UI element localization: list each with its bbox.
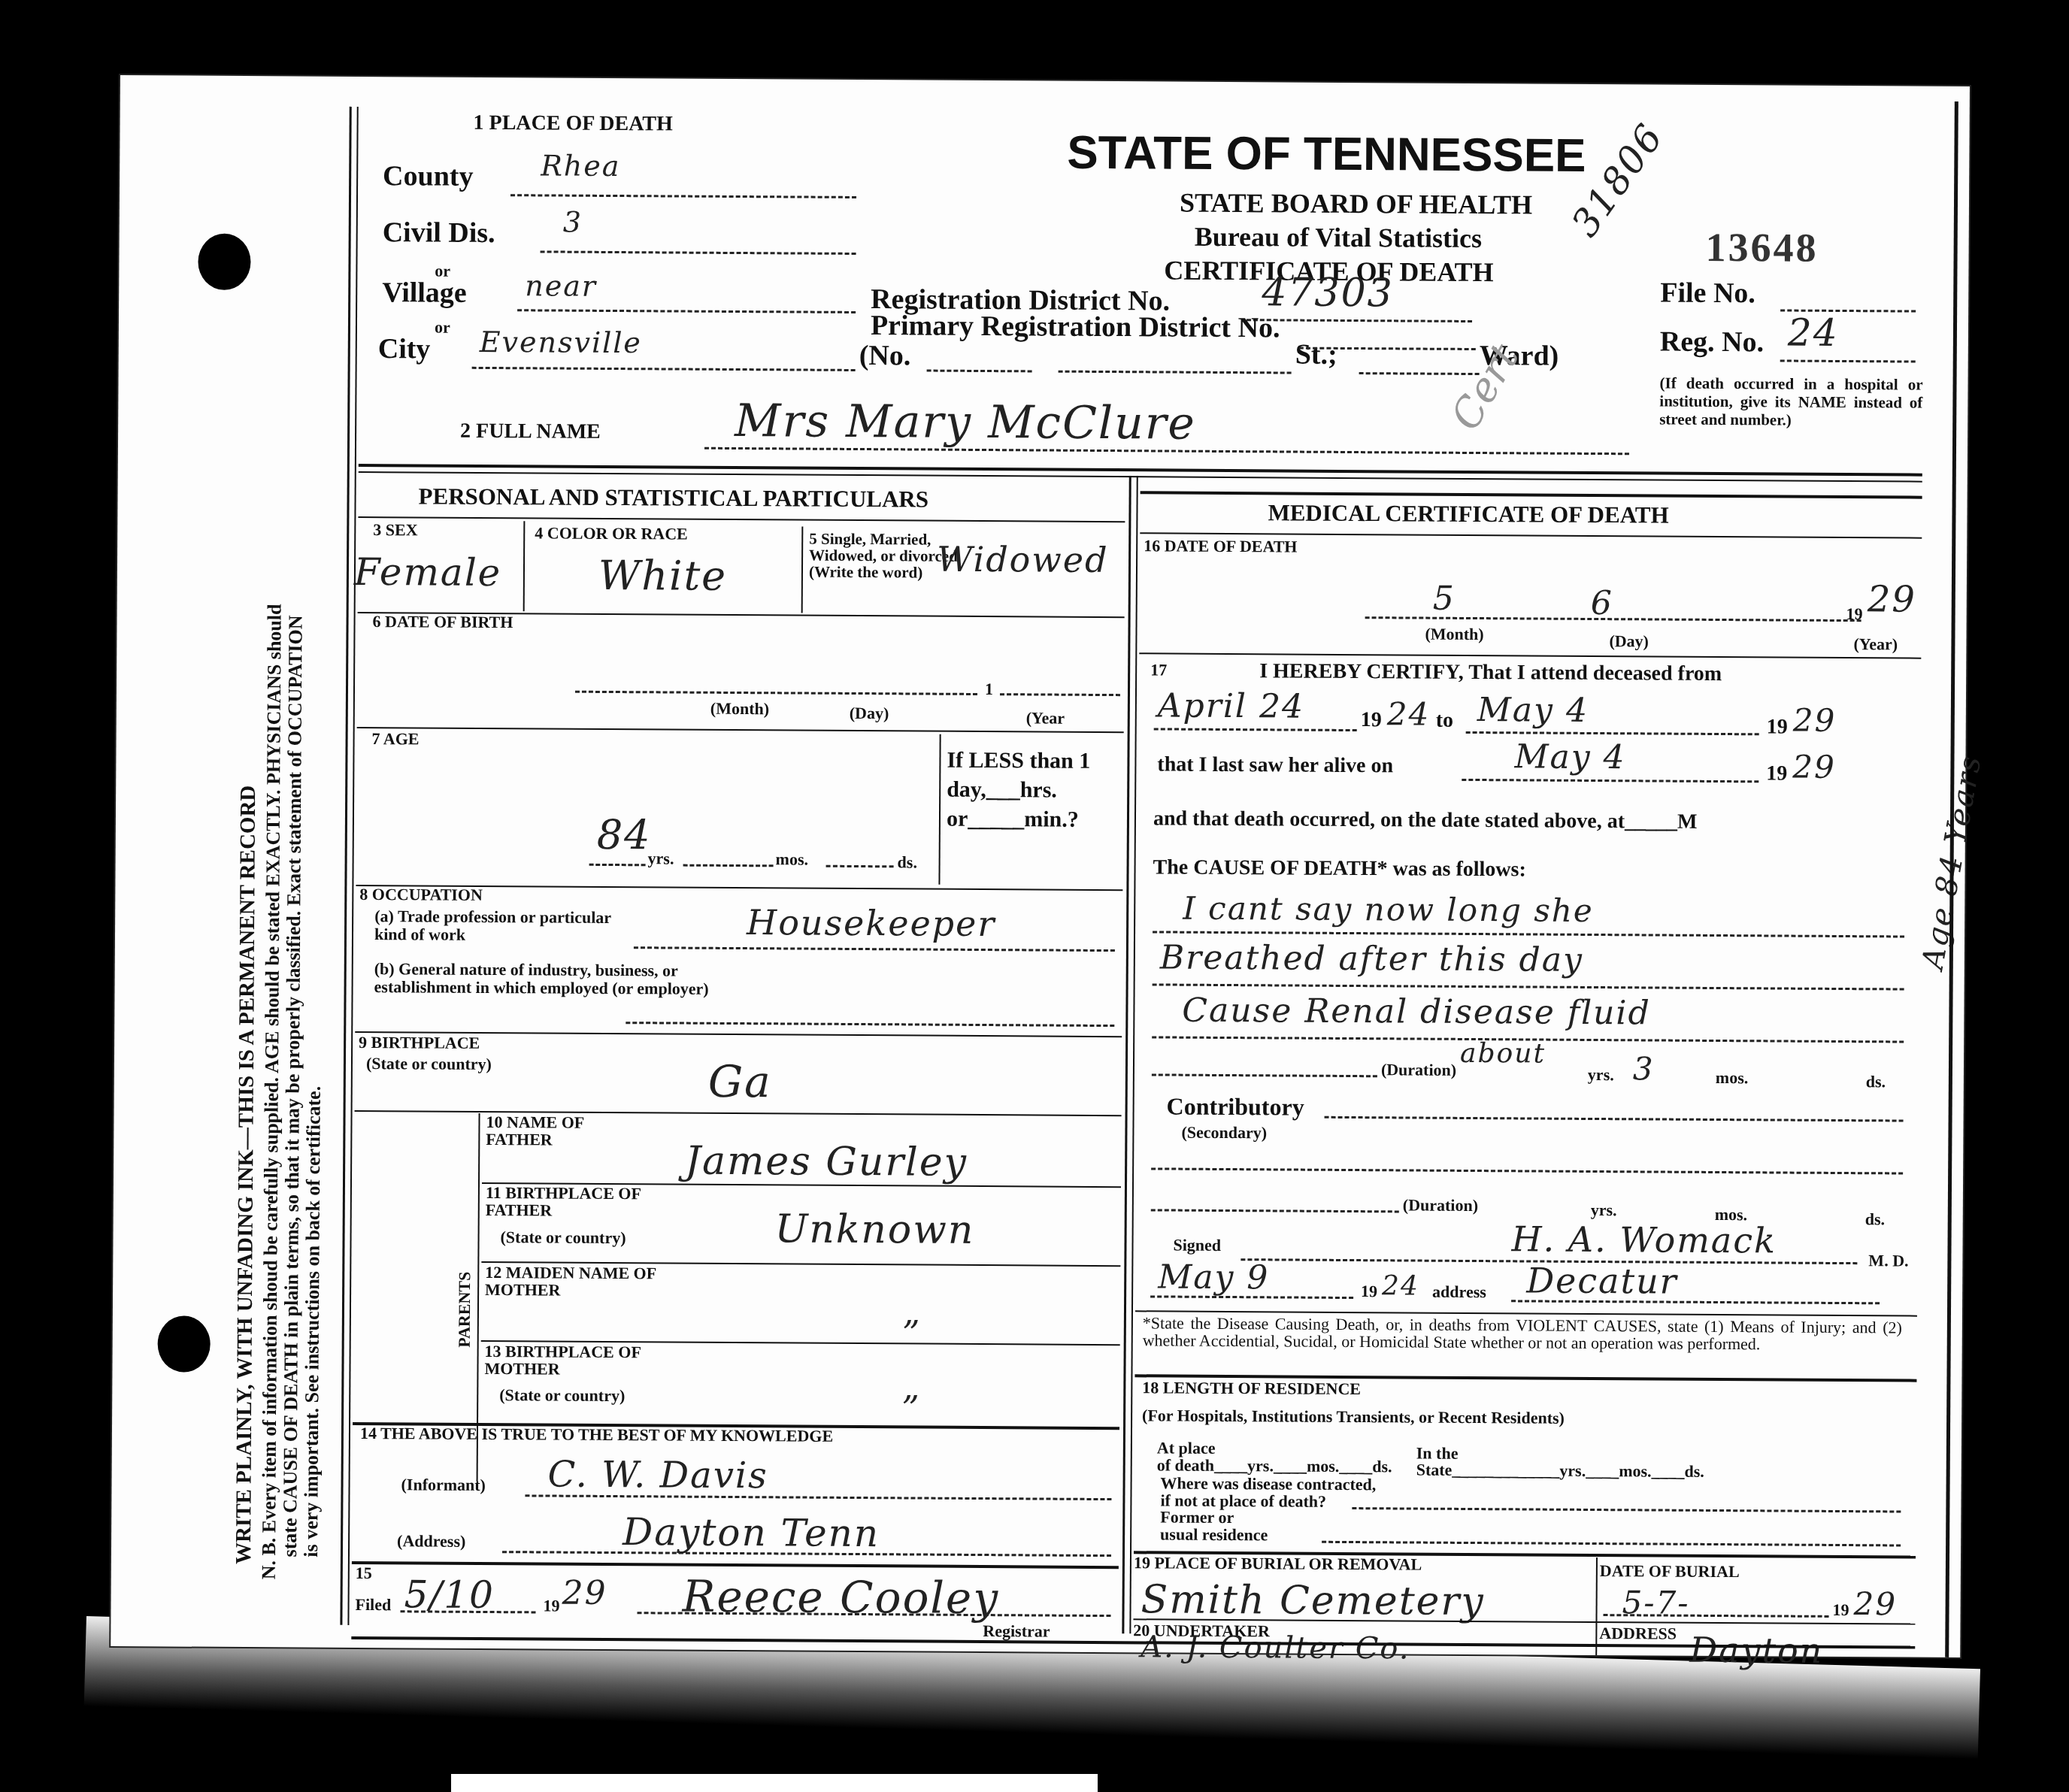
- burial-place-value[interactable]: Smith Cemetery: [1141, 1577, 1484, 1624]
- physician-signature[interactable]: H. A. Womack: [1511, 1218, 1777, 1261]
- death-day-value[interactable]: 6: [1591, 584, 1613, 622]
- burial-date-label: DATE OF BURIAL: [1600, 1561, 1740, 1582]
- punch-hole-bottom: [157, 1315, 210, 1372]
- civil-dis-value[interactable]: 3: [563, 206, 583, 239]
- dob-line: [575, 691, 977, 695]
- occupation-a-label: (a) Trade profession or particular kind …: [374, 907, 630, 945]
- cause-footnote: *State the Disease Causing Death, or, in…: [1143, 1314, 1902, 1353]
- cell-divider: [523, 521, 526, 611]
- mother-birthplace-value[interactable]: ”: [901, 1388, 921, 1428]
- cause-line-2-value[interactable]: Breathed after this day: [1160, 938, 1583, 979]
- full-name-label: 2 FULL NAME: [460, 419, 601, 444]
- death-month-value[interactable]: 5: [1433, 580, 1456, 618]
- marital-value[interactable]: Widowed: [937, 539, 1109, 580]
- county-value[interactable]: Rhea: [541, 149, 621, 183]
- secondary-label: (Secondary): [1181, 1123, 1267, 1143]
- informant-address-label: (Address): [397, 1531, 465, 1551]
- county-label: County: [383, 159, 474, 193]
- signed-label: Signed: [1173, 1236, 1221, 1255]
- occupation-b-label: (b) General nature of industry, business…: [374, 960, 720, 998]
- informant-statement: 14 THE ABOVE IS TRUE TO THE BEST OF MY K…: [360, 1424, 833, 1446]
- duration-months-value[interactable]: 3: [1633, 1050, 1655, 1087]
- duration-note[interactable]: about: [1460, 1038, 1546, 1070]
- last-saw-year-prefix: 19: [1766, 761, 1787, 786]
- stamp-number: 13648: [1705, 224, 1818, 271]
- cause-line-3-value[interactable]: Cause Renal disease fluid: [1182, 991, 1651, 1033]
- last-saw-year[interactable]: 29: [1792, 749, 1836, 786]
- birthplace-label: 9 BIRTHPLACE: [359, 1033, 480, 1053]
- registration-district-value[interactable]: 47303: [1262, 270, 1394, 316]
- civil-dis-label: Civil Dis.: [383, 216, 495, 250]
- scan-strip: [451, 1774, 1098, 1792]
- hospital-note: (If death occurred in a hospital or inst…: [1659, 374, 1922, 431]
- personal-section-title: PERSONAL AND STATISTICAL PARTICULARS: [418, 483, 928, 513]
- date-of-death-label: 16 DATE OF DEATH: [1144, 536, 1297, 556]
- year-caption: (Year): [1853, 634, 1898, 654]
- undertaker-address-value[interactable]: Dayton: [1689, 1630, 1823, 1671]
- attend-from-year[interactable]: 24: [1387, 695, 1431, 732]
- divider: [1141, 491, 1922, 498]
- signed-year-value[interactable]: 24: [1382, 1270, 1419, 1301]
- city-value[interactable]: Evensville: [480, 325, 642, 359]
- ward-line: [1359, 372, 1480, 375]
- duration-line: [1152, 1073, 1377, 1077]
- cause-line-2: [1153, 983, 1904, 990]
- cause-line-1-value[interactable]: I cant say now long she: [1183, 890, 1594, 929]
- residence-usual: usual residence: [1160, 1524, 1268, 1545]
- race-value[interactable]: White: [598, 552, 728, 600]
- parents-label: PARENTS: [455, 1272, 475, 1348]
- board-title: STATE BOARD OF HEALTH: [1180, 187, 1532, 221]
- father-birthplace-sub: (State or country): [500, 1227, 626, 1248]
- less-than-day-label: If LESS than 1 day,___hrs. or_____min.?: [947, 746, 1120, 834]
- cell-divider: [1595, 1557, 1598, 1655]
- signed-address-label: address: [1432, 1282, 1486, 1302]
- attend-from-year-prefix: 19: [1361, 708, 1382, 732]
- attend-from-value[interactable]: April 24: [1158, 686, 1304, 725]
- filed-year-value[interactable]: 29: [562, 1574, 607, 1612]
- signed-year-prefix: 19: [1361, 1282, 1377, 1301]
- village-value[interactable]: near: [525, 269, 597, 303]
- divider: [357, 727, 1124, 733]
- death-year-prefix: 19: [1846, 604, 1863, 624]
- residence-state: State_____________yrs.____mos.____ds.: [1416, 1461, 1704, 1482]
- ds-caption: ds.: [898, 852, 917, 872]
- last-saw-text: that I last saw her alive on: [1157, 752, 1393, 778]
- column-divider-inner: [1129, 476, 1137, 1633]
- informant-value[interactable]: C. W. Davis: [547, 1454, 768, 1497]
- informant-address-value[interactable]: Dayton Tenn: [623, 1510, 880, 1555]
- father-birthplace-label: 11 BIRTHPLACE OF FATHER: [486, 1184, 651, 1220]
- last-saw-line: [1462, 779, 1758, 782]
- margin-instruction-4: is very important. See instructions on b…: [300, 1086, 326, 1557]
- age-years-value[interactable]: 84: [597, 811, 652, 858]
- age-days-line: [826, 865, 894, 868]
- attend-to-year[interactable]: 29: [1793, 702, 1837, 739]
- residence-sub: (For Hospitals, Institutions Transients,…: [1142, 1406, 1565, 1427]
- sex-label: 3 SEX: [373, 520, 417, 540]
- cause-line-1: [1153, 931, 1904, 937]
- file-no-label: File No.: [1660, 277, 1755, 310]
- reg-no-value[interactable]: 24: [1788, 311, 1839, 355]
- cell-divider: [801, 527, 804, 613]
- dob-label: 6 DATE OF BIRTH: [372, 612, 513, 632]
- primary-district-label: Primary Registration District No.: [871, 309, 1280, 344]
- race-label: 4 COLOR OR RACE: [535, 523, 688, 543]
- father-name-label: 10 NAME OF FATHER: [486, 1113, 621, 1149]
- city-line: [472, 367, 856, 371]
- medical-section-title: MEDICAL CERTIFICATE OF DEATH: [1268, 499, 1668, 528]
- item-15-label: 15: [356, 1563, 372, 1583]
- age-label: 7 AGE: [372, 729, 420, 749]
- mother-name-label: 12 MAIDEN NAME OF MOTHER: [485, 1264, 665, 1300]
- or-text: or: [435, 318, 450, 338]
- contributory-label: Contributory: [1167, 1093, 1304, 1122]
- secondary-duration-label: (Duration): [1403, 1195, 1478, 1215]
- to-label: to: [1436, 709, 1454, 733]
- month-caption: (Month): [1425, 625, 1483, 644]
- filed-value[interactable]: 5/10: [404, 1573, 495, 1617]
- undertaker-value[interactable]: A. J. Coulter Co.: [1141, 1630, 1410, 1666]
- registrar-label: Registrar: [983, 1621, 1050, 1642]
- contributory-line: [1325, 1116, 1904, 1122]
- residence-label: 18 LENGTH OF RESIDENCE: [1142, 1378, 1361, 1399]
- informant-label: (Informant): [401, 1475, 486, 1495]
- reg-no-label: Reg. No.: [1660, 325, 1765, 359]
- city-label: City: [378, 332, 431, 365]
- registration-district-line: [1247, 319, 1472, 322]
- divider: [352, 1561, 1119, 1569]
- mother-birthplace-label: 13 BIRTHPLACE OF MOTHER: [484, 1342, 650, 1379]
- dob-year-prefix: 1: [985, 680, 993, 699]
- residence-usual-line: [1322, 1541, 1901, 1547]
- county-line: [510, 194, 856, 198]
- day-caption: (Day): [1609, 631, 1649, 651]
- cell-divider: [938, 734, 941, 885]
- certify-text: I HEREBY CERTIFY, That I attend deceased…: [1259, 659, 1722, 686]
- street-no-label: (No.: [859, 339, 911, 372]
- village-label: Village: [382, 276, 467, 310]
- divider: [1139, 652, 1921, 658]
- bureau-title: Bureau of Vital Statistics: [1195, 221, 1483, 254]
- undertaker-address-label: ADDRESS: [1599, 1624, 1677, 1644]
- state-title: STATE OF TENNESSEE: [1067, 126, 1586, 183]
- filed-year-prefix: 19: [543, 1596, 559, 1615]
- mos-caption: mos.: [776, 849, 809, 869]
- full-name-value[interactable]: Mrs Mary McClure: [735, 395, 1196, 450]
- divider: [359, 464, 1922, 477]
- street-line: [1059, 371, 1292, 374]
- contributory-line-2: [1151, 1167, 1903, 1174]
- dob-year-line: [1000, 693, 1120, 696]
- occurred-text: and that death occurred, on the date sta…: [1153, 807, 1698, 834]
- street-label: St.;: [1295, 338, 1337, 371]
- filed-label: Filed: [355, 1595, 391, 1615]
- birthplace-sub: (State or country): [366, 1054, 492, 1074]
- burial-year-value[interactable]: 29: [1853, 1585, 1897, 1622]
- secondary-duration-line: [1151, 1209, 1399, 1212]
- day-caption: (Day): [850, 704, 889, 723]
- civil-dis-line: [541, 250, 856, 255]
- item-17-label: 17: [1150, 660, 1167, 680]
- attend-to-year-prefix: 19: [1767, 715, 1788, 739]
- father-birthplace-value[interactable]: Unknown: [774, 1206, 974, 1253]
- margin-instruction-1: WRITE PLAINLY, WITH UNFADING INK—THIS IS…: [232, 786, 261, 1565]
- divider: [355, 1110, 1122, 1116]
- occupation-label: 8 OCCUPATION: [359, 885, 483, 905]
- occupation-b-line: [626, 1022, 1114, 1027]
- year-caption: (Year: [1026, 708, 1065, 728]
- death-certificate: WRITE PLAINLY, WITH UNFADING INK—THIS IS…: [111, 75, 1970, 1657]
- age-months-line: [683, 864, 774, 867]
- occupation-a-line: [634, 946, 1115, 952]
- attend-to-value[interactable]: May 4: [1477, 691, 1589, 730]
- registrar-signature[interactable]: Reece Cooley: [682, 1571, 999, 1624]
- attend-from-line: [1154, 728, 1357, 731]
- burial-date-value[interactable]: 5-7-: [1622, 1584, 1689, 1621]
- md-label: M. D.: [1868, 1251, 1908, 1270]
- burial-year-prefix: 19: [1832, 1600, 1849, 1620]
- divider: [358, 516, 1125, 522]
- last-saw-value[interactable]: May 4: [1514, 737, 1625, 776]
- place-of-death-heading: 1 PLACE OF DEATH: [474, 111, 673, 137]
- month-caption: (Month): [710, 699, 769, 719]
- death-year-value[interactable]: 29: [1868, 578, 1916, 620]
- occupation-a-value[interactable]: Housekeeper: [747, 902, 996, 944]
- age-years-line: [589, 864, 646, 866]
- village-line: [517, 309, 856, 313]
- cause-label: The CAUSE OF DEATH* was as follows:: [1153, 855, 1525, 882]
- punch-hole-top: [198, 234, 250, 290]
- reg-no-line: [1780, 359, 1916, 362]
- street-no-line: [927, 370, 1032, 373]
- yrs-caption: yrs.: [648, 849, 674, 868]
- sex-value[interactable]: Female: [354, 550, 502, 595]
- birthplace-value[interactable]: Ga: [708, 1056, 772, 1108]
- mother-name-value[interactable]: ”: [902, 1312, 922, 1353]
- father-name-value[interactable]: James Gurley: [685, 1139, 968, 1185]
- signed-address-value[interactable]: Decatur: [1526, 1260, 1678, 1301]
- attend-to-line: [1466, 731, 1759, 735]
- residence-contracted-line: [1352, 1507, 1901, 1512]
- mother-birthplace-sub: (State or country): [499, 1385, 625, 1406]
- burial-place-label: 19 PLACE OF BURIAL OR REMOVAL: [1134, 1553, 1422, 1574]
- signed-date-value[interactable]: May 9: [1158, 1258, 1269, 1297]
- duration-label: (Duration): [1381, 1060, 1456, 1080]
